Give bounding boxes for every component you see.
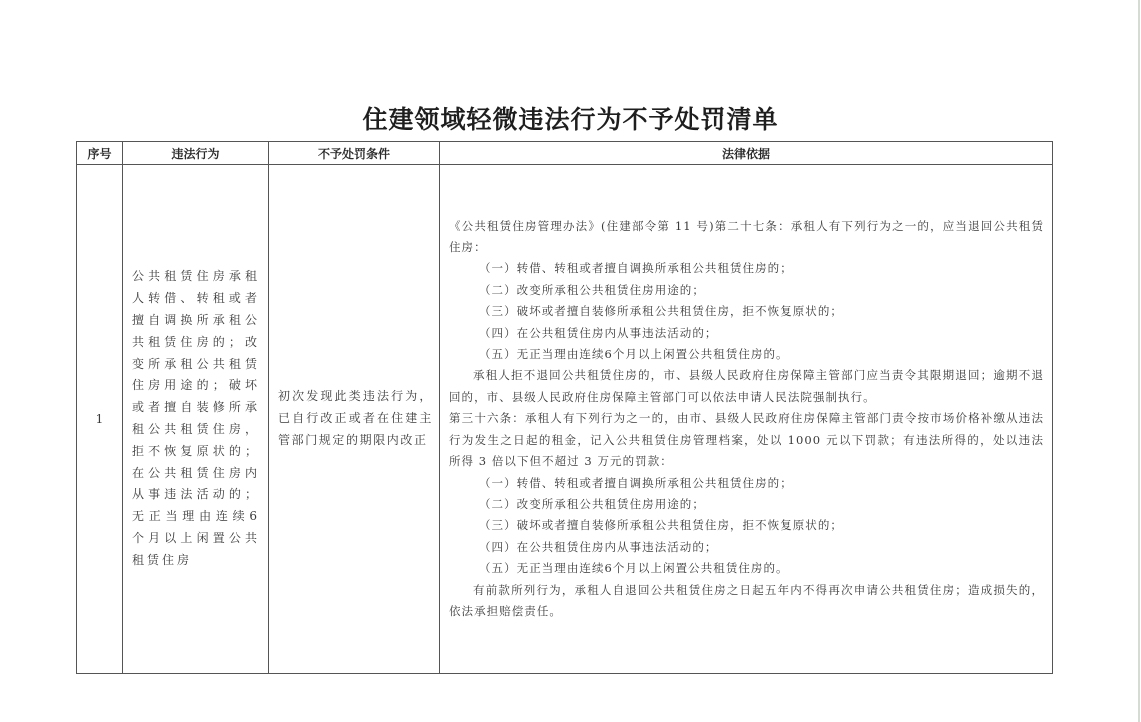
legal-basis-line: （五）无正当理由连续6个月以上闲置公共租赁住房的。 [449,344,1044,365]
legal-basis-line: （一）转借、转租或者擅自调换所承租公共租赁住房的； [449,473,1044,494]
legal-basis-line: 有前款所列行为，承租人自退回公共租赁住房之日起五年内不得再次申请公共租赁住房；造… [449,580,1044,623]
legal-basis-cell: 《公共租赁住房管理办法》(住建部令第 11 号)第二十七条：承租人有下列行为之一… [440,165,1053,674]
illegal-behavior-cell: 公共租赁住房承租人转借、转租或者擅自调换所承租公共租赁住房的；改变所承租公共租赁… [123,165,269,674]
row-index: 1 [77,165,123,674]
legal-basis-line: （四）在公共租赁住房内从事违法活动的； [449,323,1044,344]
legal-basis-line: 《公共租赁住房管理办法》(住建部令第 11 号)第二十七条：承租人有下列行为之一… [449,216,1044,259]
exemption-condition-cell: 初次发现此类违法行为，已自行改正或者在住建主管部门规定的期限内改正 [269,165,440,674]
legal-basis-line: （三）破坏或者擅自装修所承租公共租赁住房，拒不恢复原状的； [449,301,1044,322]
legal-basis-line: 第三十六条：承租人有下列行为之一的，由市、县级人民政府住房保障主管部门责令按市场… [449,408,1044,472]
legal-basis-line: （五）无正当理由连续6个月以上闲置公共租赁住房的。 [449,558,1044,579]
header-illegal-behavior: 违法行为 [123,142,269,165]
legal-basis-line: （二）改变所承租公共租赁住房用途的； [449,280,1044,301]
header-index: 序号 [77,142,123,165]
header-exemption-condition: 不予处罚条件 [269,142,440,165]
legal-basis-line: （一）转借、转租或者擅自调换所承租公共租赁住房的； [449,258,1044,279]
legal-basis-line: （四）在公共租赁住房内从事违法活动的； [449,537,1044,558]
document-title: 住建领域轻微违法行为不予处罚清单 [0,100,1141,136]
exemption-condition-text: 初次发现此类违法行为，已自行改正或者在住建主管部门规定的期限内改正 [269,386,439,451]
legal-basis-line: 承租人拒不退回公共租赁住房的，市、县级人民政府住房保障主管部门应当责令其限期退回… [449,365,1044,408]
table-row: 1 公共租赁住房承租人转借、转租或者擅自调换所承租公共租赁住房的；改变所承租公共… [77,165,1053,674]
legal-basis-line: （二）改变所承租公共租赁住房用途的； [449,494,1044,515]
penalty-exemption-table: 序号 违法行为 不予处罚条件 法律依据 1 公共租赁住房承租人转借、转租或者擅自… [76,141,1053,674]
legal-basis-text: 《公共租赁住房管理办法》(住建部令第 11 号)第二十七条：承租人有下列行为之一… [440,216,1052,623]
legal-basis-line: （三）破坏或者擅自装修所承租公共租赁住房，拒不恢复原状的； [449,515,1044,536]
illegal-behavior-text: 公共租赁住房承租人转借、转租或者擅自调换所承租公共租赁住房的；改变所承租公共租赁… [123,266,268,571]
table-header-row: 序号 违法行为 不予处罚条件 法律依据 [77,142,1053,165]
header-legal-basis: 法律依据 [440,142,1053,165]
